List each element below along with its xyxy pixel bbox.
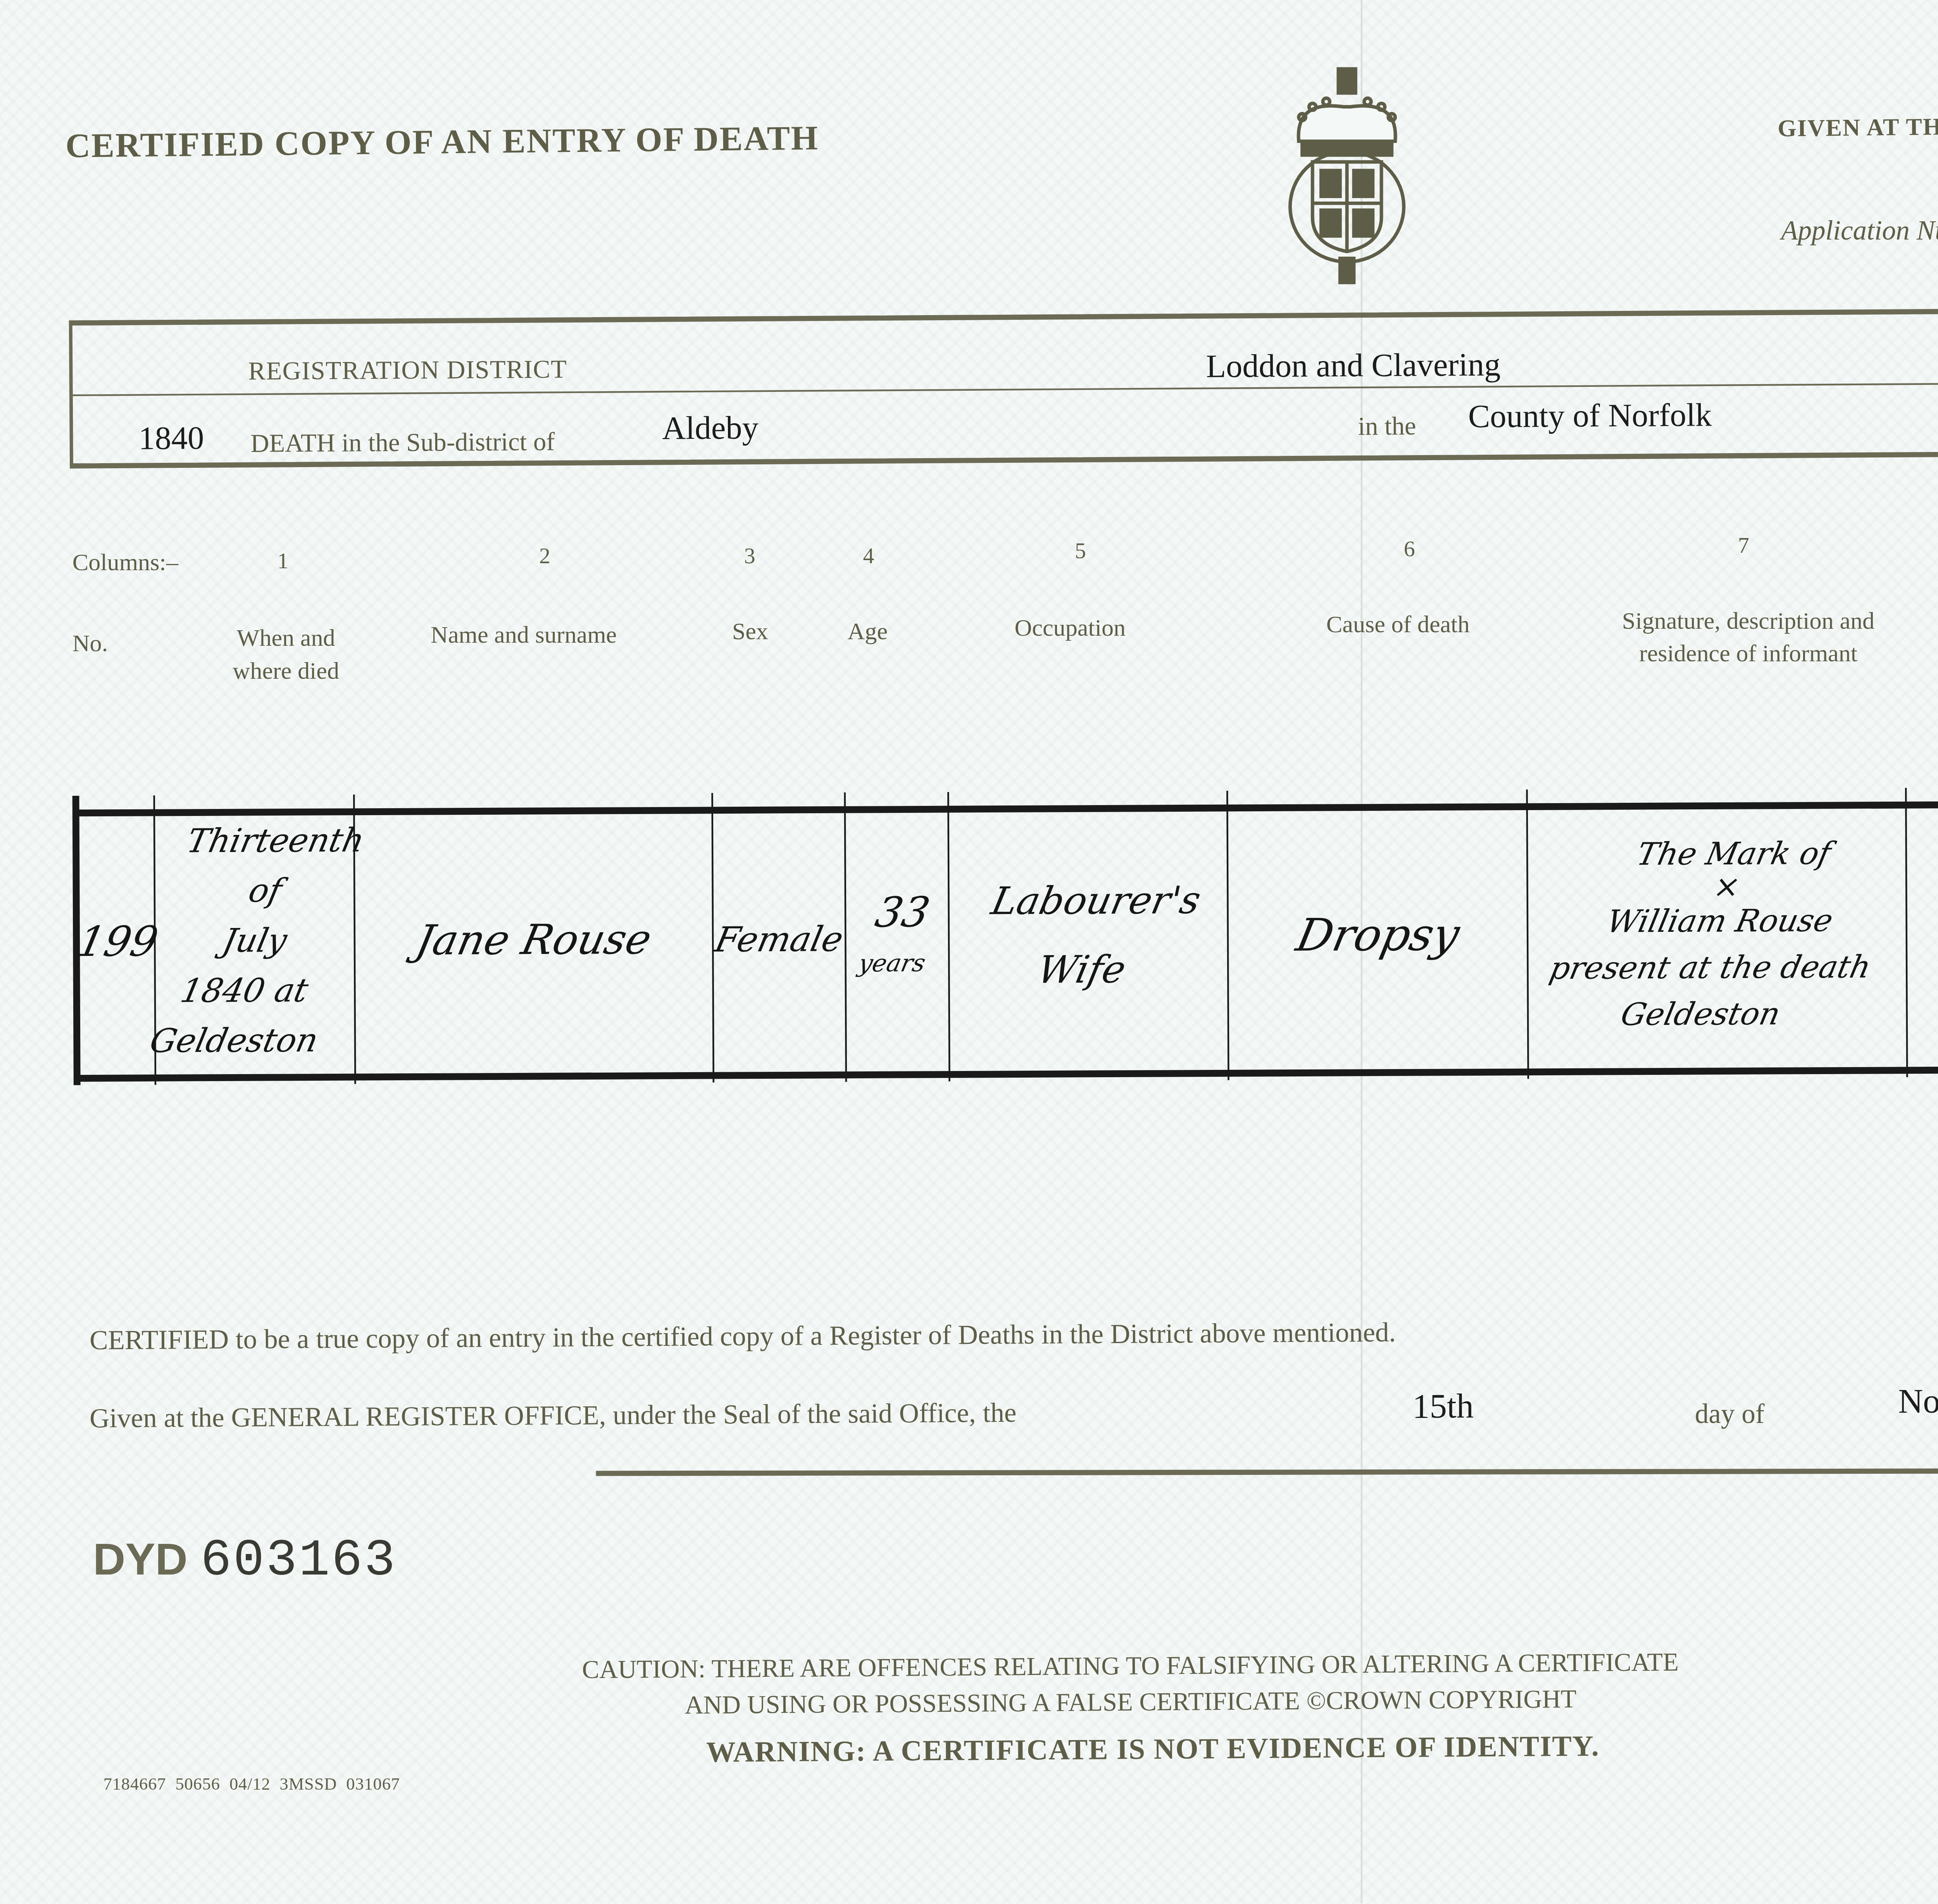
column-header-when-where-died: When and where died [214, 624, 358, 689]
certificate-title: CERTIFIED COPY OF AN ENTRY OF DEATH [65, 120, 819, 168]
registration-year: 1840 [138, 421, 204, 460]
entry-informant: The Mark of × William Rouse present at t… [1502, 808, 1932, 1062]
column-header-sex: Sex [732, 617, 768, 649]
entry-cause-of-death: Dropsy [1203, 810, 1553, 1063]
register-entry-row: 199 Thirteenth of July 1840 at Geldeston… [69, 786, 1938, 1085]
registration-district-box: REGISTRATION DISTRICT Loddon and Claveri… [69, 306, 1938, 468]
column-header-name-surname: Name and surname [431, 620, 617, 653]
column-header-cause-of-death: Cause of death [1326, 610, 1470, 642]
informant-name: William Rouse [1602, 899, 1837, 946]
given-at-prefix: GIVEN AT THE [1778, 116, 1938, 143]
informant-residence: Geldeston [1616, 992, 1784, 1039]
column-number-6: 6 [1404, 536, 1415, 563]
informant-description: present at the death [1545, 945, 1875, 993]
registration-district-value: Loddon and Clavering [1206, 348, 1500, 387]
issue-day: 15th [1412, 1388, 1474, 1428]
column-number-4: 4 [863, 543, 874, 570]
caution-notice: CAUTION: THERE ARE OFFENCES RELATING TO … [582, 1646, 1679, 1726]
death-day: Thirteenth [182, 816, 369, 867]
issue-month: November [1898, 1383, 1938, 1423]
occupation-line-1: Labourer's [985, 868, 1207, 938]
entry-name: Jane Rouse [329, 814, 738, 1067]
column-number-1: 1 [277, 548, 288, 575]
death-year-at: 1840 at [176, 966, 313, 1017]
given-under-seal-statement: Given at the GENERAL REGISTER OFFICE, un… [90, 1399, 1017, 1436]
column-number-3: 3 [744, 543, 755, 570]
serial-prefix: DYD [93, 1533, 188, 1585]
death-certificate: CERTIFIED COPY OF AN ENTRY OF DEATH GIVE… [0, 0, 1938, 1904]
certificate-serial: DYD 603163 [93, 1530, 397, 1592]
column-header-occupation: Occupation [1014, 613, 1126, 646]
column-number-7: 7 [1738, 532, 1749, 560]
application-number-label: Application Number [1781, 217, 1938, 248]
age-unit: years [853, 938, 930, 990]
column-header-no: No. [72, 629, 108, 661]
identity-warning: WARNING: A CERTIFICATE IS NOT EVIDENCE O… [706, 1730, 1600, 1771]
occupation-line-2: Wife [1031, 938, 1132, 1007]
entry-occupation: Labourer's Wife [924, 811, 1253, 1064]
royal-crest-icon [1278, 66, 1416, 290]
informant-x-mark: × [1712, 878, 1742, 899]
day-of-label: day of [1695, 1400, 1765, 1431]
registered-day: Fifteenth [1935, 823, 1938, 879]
death-place: Geldeston [145, 1016, 323, 1067]
death-month: July [218, 916, 291, 967]
column-number-2: 2 [539, 543, 550, 570]
column-header-age: Age [847, 617, 888, 649]
subdistrict-value: Aldeby [662, 411, 759, 449]
caution-line-2: AND USING OR POSSESSING A FALSE CERTIFIC… [582, 1683, 1679, 1726]
column-header-informant: Signature, description and residence of … [1585, 606, 1912, 672]
in-the-label: in the [1358, 414, 1416, 443]
registration-district-label: REGISTRATION DISTRICT [248, 357, 567, 388]
county-value: County of Norfolk [1468, 398, 1712, 438]
column-number-5: 5 [1075, 537, 1086, 565]
columns-label: Columns:– [72, 551, 178, 579]
subdistrict-label: DEATH in the Sub-district of [250, 429, 555, 460]
given-at-heading: GIVEN AT THE GENERAL REGISTER OFFICE [1778, 100, 1938, 147]
age-value: 33 [871, 887, 935, 939]
serial-number: 603163 [200, 1533, 397, 1592]
death-of: of [244, 866, 286, 916]
signature-rule [596, 1468, 1938, 1476]
certified-statement: CERTIFIED to be a true copy of an entry … [90, 1319, 1396, 1358]
registered-year: 1840 [1935, 989, 1938, 1044]
print-code: 7184667 50656 04/12 3MSSD 031067 [103, 1776, 400, 1795]
